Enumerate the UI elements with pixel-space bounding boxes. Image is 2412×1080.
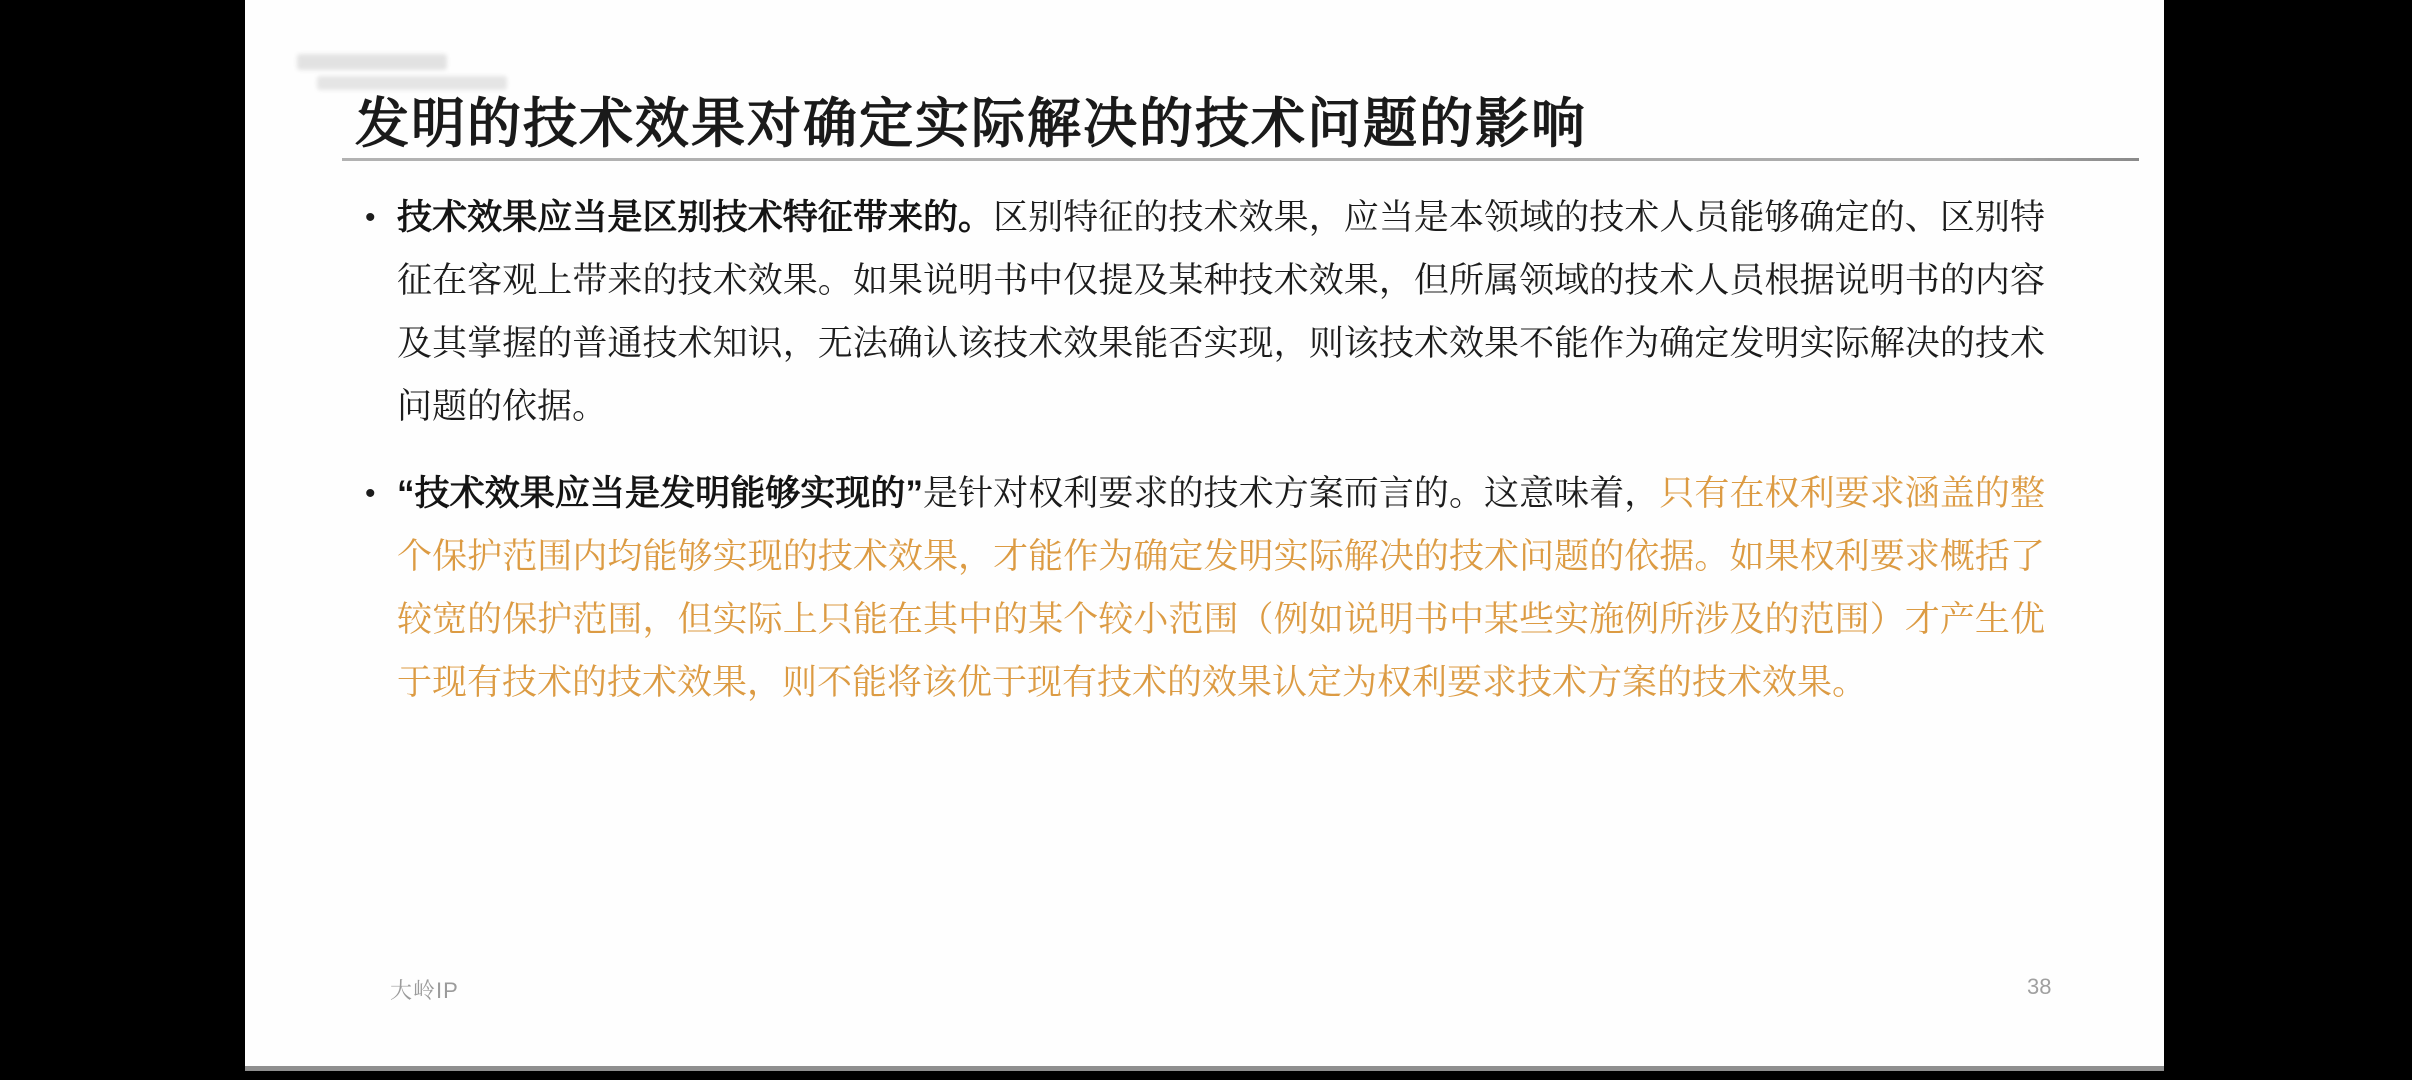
bullet-icon: • bbox=[365, 186, 397, 249]
bullet-icon: • bbox=[365, 462, 397, 525]
watermark-smudge bbox=[317, 76, 507, 90]
presentation-slide: 发明的技术效果对确定实际解决的技术问题的影响 • 技术效果应当是区别技术特征带来… bbox=[245, 0, 2164, 1071]
paragraph-2-body: 是针对权利要求的技术方案而言的。这意味着， bbox=[923, 474, 1659, 513]
page-number: 38 bbox=[2027, 974, 2051, 1000]
bullet-paragraph-2: • “技术效果应当是发明能够实现的”是针对权利要求的技术方案而言的。这意味着，只… bbox=[365, 462, 2045, 714]
faint-watermark bbox=[297, 46, 527, 98]
title-underline-rule bbox=[342, 158, 2139, 161]
bullet-paragraph-1: • 技术效果应当是区别技术特征带来的。区别特征的技术效果，应当是本领域的技术人员… bbox=[365, 186, 2045, 438]
paragraph-1-bold-lead: 技术效果应当是区别技术特征带来的。 bbox=[397, 198, 993, 237]
video-letterbox-stage: 发明的技术效果对确定实际解决的技术问题的影响 • 技术效果应当是区别技术特征带来… bbox=[0, 0, 2412, 1080]
paragraph-2-bold-lead: “技术效果应当是发明能够实现的” bbox=[397, 474, 923, 513]
watermark-smudge bbox=[297, 54, 447, 70]
slide-title: 发明的技术效果对确定实际解决的技术问题的影响 bbox=[355, 94, 1587, 154]
slide-body: • 技术效果应当是区别技术特征带来的。区别特征的技术效果，应当是本领域的技术人员… bbox=[245, 186, 2164, 714]
footer-brand-label: 大岭IP bbox=[390, 974, 459, 1005]
